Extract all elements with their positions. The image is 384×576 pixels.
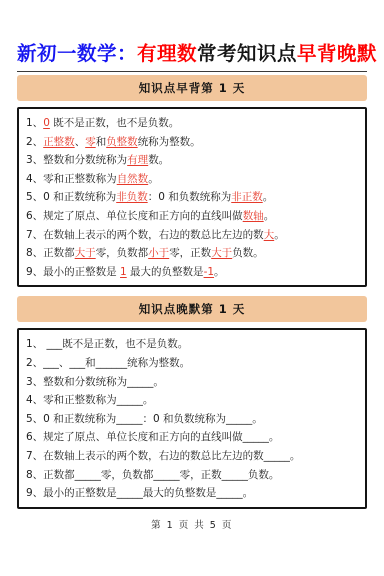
item-text: 、: [75, 136, 86, 148]
item-text: 统称为整数。: [138, 136, 201, 148]
knowledge-item: 1、0 既不是正数，也不是负数。: [26, 114, 358, 133]
section-banner-morning: 知识点早背第 1 天: [17, 75, 367, 101]
knowledge-item: 7、在数轴上表示的两个数，右边的数总比左边的数大。: [26, 226, 358, 245]
knowledge-item: 4、零和正整数称为_____。: [26, 391, 358, 410]
knowledge-item: 8、正数都_____零，负数都_____零，正数_____负数。: [26, 466, 358, 485]
answer-text: 零: [85, 136, 96, 148]
knowledge-item: 1、 ___既不是正数，也不是负数。: [26, 335, 358, 354]
answer-text: -1: [204, 266, 214, 278]
item-text: 。: [274, 229, 285, 241]
page-title: 新初一数学：有理数常考知识点早背晚默: [17, 42, 367, 66]
title-divider: [17, 71, 367, 72]
item-text: 既不是正数，也不是负数。: [50, 117, 179, 129]
answer-text: 小于: [148, 247, 169, 259]
knowledge-list-morning: 1、0 既不是正数，也不是负数。2、正整数、零和负整数统称为整数。3、整数和分数…: [17, 107, 367, 287]
knowledge-item: 6、规定了原点、单位长度和正方向的直线叫做_____。: [26, 428, 358, 447]
answer-text: 非正数: [231, 191, 263, 203]
item-text: 5、0 和正数统称为_____：0 和负数统称为_____。: [26, 413, 263, 425]
knowledge-item: 9、最小的正整数是_____最大的负整数是_____。: [26, 484, 358, 503]
knowledge-item: 5、0 和正数统称为_____：0 和负数统称为_____。: [26, 410, 358, 429]
knowledge-item: 3、整数和分数统称为有理数。: [26, 151, 358, 170]
answer-text: 正整数: [43, 136, 75, 148]
item-text: 。: [148, 173, 159, 185]
item-text: 。: [264, 210, 275, 222]
worksheet-page: 新初一数学：有理数常考知识点早背晚默 知识点早背第 1 天 1、0 既不是正数，…: [0, 0, 384, 576]
item-text: 8、正数都_____零，负数都_____零，正数_____负数。: [26, 469, 279, 481]
answer-text: 大于: [75, 247, 96, 259]
item-text: 3、整数和分数统称为: [26, 154, 127, 166]
page-footer: 第 1 页 共 5 页: [17, 517, 367, 531]
item-text: 4、零和正整数称为: [26, 173, 117, 185]
title-segment: 新初一数学：: [17, 42, 137, 65]
item-text: 3、整数和分数统称为_____。: [26, 376, 164, 388]
item-text: 4、零和正整数称为_____。: [26, 394, 153, 406]
answer-text: 大: [264, 229, 275, 241]
item-text: 。: [263, 191, 274, 203]
item-text: ：0 和负数统称为: [148, 191, 232, 203]
item-text: 。: [214, 266, 225, 278]
knowledge-item: 2、___、___和______统称为整数。: [26, 354, 358, 373]
title-segment: 常考知识点: [197, 42, 297, 65]
item-text: 最大的负整数是: [127, 266, 204, 278]
answer-text: 1: [120, 266, 127, 278]
answer-text: 0: [43, 117, 50, 129]
item-text: 6、规定了原点、单位长度和正方向的直线叫做_____。: [26, 431, 279, 443]
title-segment: 早背晚默: [297, 42, 377, 65]
item-text: 5、0 和正数统称为: [26, 191, 116, 203]
item-text: 1、 ___既不是正数，也不是负数。: [26, 338, 188, 350]
answer-text: 有理: [127, 154, 148, 166]
item-text: 9、最小的正整数是: [26, 266, 120, 278]
answer-text: 负整数: [106, 136, 138, 148]
item-text: 6、规定了原点、单位长度和正方向的直线叫做: [26, 210, 243, 222]
knowledge-item: 6、规定了原点、单位长度和正方向的直线叫做数轴。: [26, 207, 358, 226]
item-text: 7、在数轴上表示的两个数，右边的数总比左边的数: [26, 229, 264, 241]
answer-text: 自然数: [117, 173, 149, 185]
knowledge-item: 8、正数都大于零，负数都小于零，正数大于负数。: [26, 244, 358, 263]
item-text: 2、: [26, 136, 43, 148]
item-text: 7、在数轴上表示的两个数，右边的数总比左边的数_____。: [26, 450, 300, 462]
answer-text: 大于: [211, 247, 232, 259]
title-segment: 有理数: [137, 42, 197, 65]
knowledge-item: 9、最小的正整数是 1 最大的负整数是-1。: [26, 263, 358, 282]
section-banner-evening: 知识点晚默第 1 天: [17, 296, 367, 322]
item-text: 负数。: [232, 247, 264, 259]
item-text: 零，正数: [169, 247, 211, 259]
item-text: 8、正数都: [26, 247, 75, 259]
item-text: 和: [96, 136, 107, 148]
item-text: 9、最小的正整数是_____最大的负整数是_____。: [26, 487, 253, 499]
item-text: 1、: [26, 117, 43, 129]
knowledge-item: 2、正整数、零和负整数统称为整数。: [26, 133, 358, 152]
answer-text: 非负数: [116, 191, 148, 203]
answer-text: 数轴: [243, 210, 264, 222]
knowledge-item: 5、0 和正数统称为非负数：0 和负数统称为非正数。: [26, 188, 358, 207]
knowledge-item: 3、整数和分数统称为_____。: [26, 373, 358, 392]
item-text: 2、___、___和______统称为整数。: [26, 357, 190, 369]
item-text: 数。: [148, 154, 169, 166]
item-text: 零，负数都: [96, 247, 149, 259]
knowledge-item: 4、零和正整数称为自然数。: [26, 170, 358, 189]
knowledge-item: 7、在数轴上表示的两个数，右边的数总比左边的数_____。: [26, 447, 358, 466]
knowledge-list-evening: 1、 ___既不是正数，也不是负数。2、___、___和______统称为整数。…: [17, 328, 367, 508]
